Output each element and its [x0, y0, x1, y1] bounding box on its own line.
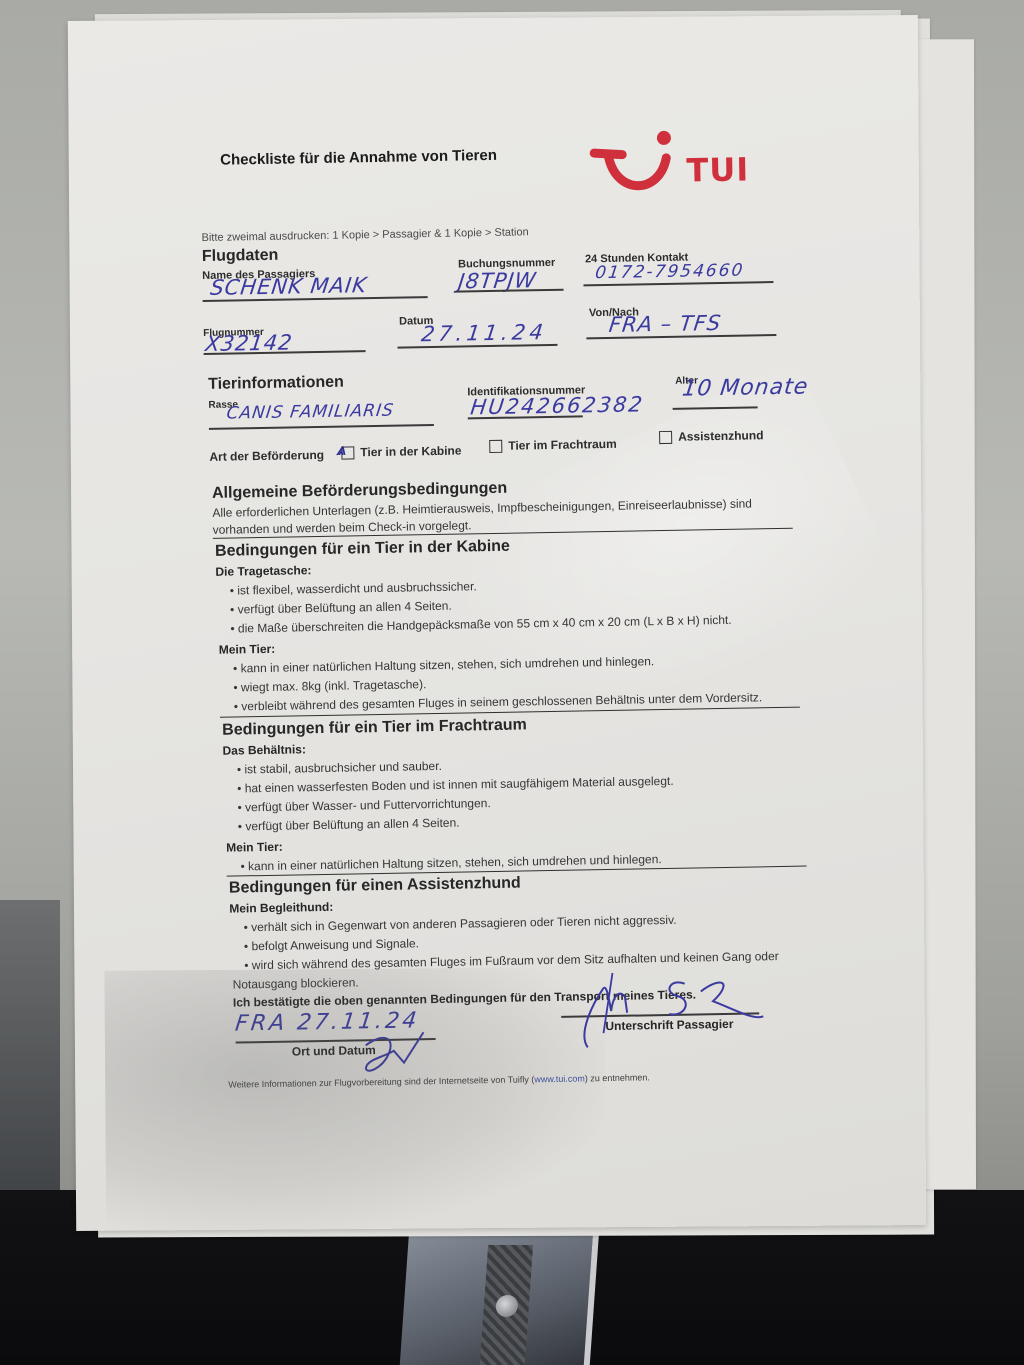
value-age[interactable]: 10 Monate — [681, 374, 810, 401]
list-item: • verfügt über Belüftung an allen 4 Seit… — [230, 599, 452, 617]
checkbox-tier-in-kabine[interactable]: ⩓ Tier in der Kabine — [341, 444, 461, 460]
value-breed[interactable]: CANIS FAMILIARIS — [225, 401, 395, 424]
value-passenger-name[interactable]: SCHENK MAIK — [209, 273, 369, 300]
kabine-sub-mein-tier: Mein Tier: — [219, 642, 276, 657]
document-title: Checkliste für die Annahme von Tieren — [220, 147, 497, 169]
tui-wordmark: TUI — [686, 150, 749, 189]
kabine-sub-tragetasche: Die Tragetasche: — [215, 563, 311, 579]
checkbox-label: Tier im Frachtraum — [508, 437, 617, 453]
checkbox-label: Tier in der Kabine — [360, 444, 461, 460]
list-item: • die Maße überschreiten die Handgepäcks… — [230, 613, 731, 636]
list-item: • befolgt Anweisung und Signale. — [244, 936, 419, 953]
section-heading-flugdaten: Flugdaten — [202, 247, 279, 266]
section-heading-frachtraum: Bedingungen für ein Tier im Frachtraum — [222, 716, 527, 739]
value-route[interactable]: FRA – TFS — [608, 311, 723, 337]
footer-link[interactable]: www.tui.com — [534, 1073, 585, 1084]
checkbox-checked[interactable]: ⩓ — [341, 446, 354, 459]
transport-type-row: Art der Beförderung ⩓ Tier in der Kabine… — [209, 437, 849, 448]
list-item: • verhält sich in Gegenwart von anderen … — [244, 913, 677, 935]
checklist-document: Checkliste für die Annahme von Tieren TU… — [68, 15, 926, 1231]
checkbox-tier-im-frachtraum[interactable]: Tier im Frachtraum — [489, 437, 617, 453]
document-content: Checkliste für die Annahme von Tieren TU… — [196, 9, 835, 1120]
field-underline — [673, 406, 758, 409]
list-item: • verbleibt während des gesamten Fluges … — [234, 690, 763, 713]
list-item: • ist flexibel, wasserdicht und ausbruch… — [230, 579, 477, 597]
check-mark-icon: ⩓ — [336, 441, 345, 459]
checkbox-unchecked[interactable] — [659, 430, 672, 443]
value-date[interactable]: 27.11.24 — [420, 320, 548, 346]
print-instruction: Bitte zweimal ausdrucken: 1 Kopie > Pass… — [201, 226, 528, 244]
background-shadow — [0, 900, 60, 1230]
value-24h-contact[interactable]: 0172-7954660 — [594, 261, 746, 284]
tui-logo: TUI — [588, 122, 769, 205]
checkbox-unchecked[interactable] — [489, 439, 502, 452]
assistenzhund-continuation: Notausgang blockieren. — [232, 975, 358, 991]
checkbox-label: Assistenzhund — [678, 428, 764, 443]
list-item: • wiegt max. 8kg (inkl. Tragetasche). — [233, 677, 426, 694]
section-heading-allgemeine: Allgemeine Beförderungsbedingungen — [212, 480, 507, 503]
checkbox-assistenzhund[interactable]: Assistenzhund — [659, 428, 764, 444]
frachtraum-sub-mein-tier: Mein Tier: — [226, 840, 283, 855]
passenger-signature[interactable] — [572, 960, 774, 1053]
list-item: • ist stabil, ausbruchsicher und sauber. — [237, 759, 442, 777]
section-heading-kabine: Bedingungen für ein Tier in der Kabine — [215, 538, 510, 561]
section-heading-assistenzhund: Bedingungen für einen Assistenzhund — [229, 875, 521, 898]
frachtraum-sub-behaeltnis: Das Behältnis: — [222, 742, 306, 757]
label-transport-type: Art der Beförderung — [209, 448, 324, 464]
tui-smile-icon — [588, 124, 689, 206]
badge-clip — [400, 1215, 600, 1365]
section-heading-tierinformationen: Tierinformationen — [208, 374, 344, 394]
field-underline — [209, 424, 434, 429]
list-item: • hat einen wasserfesten Boden und ist i… — [237, 774, 674, 796]
list-item: • verfügt über Wasser- und Futtervorrich… — [237, 796, 490, 814]
list-item: • verfügt über Belüftung an allen 4 Seit… — [238, 816, 460, 834]
assistenzhund-sub-begleithund: Mein Begleithund: — [229, 900, 333, 916]
list-item: • kann in einer natürlichen Haltung sitz… — [233, 654, 654, 675]
